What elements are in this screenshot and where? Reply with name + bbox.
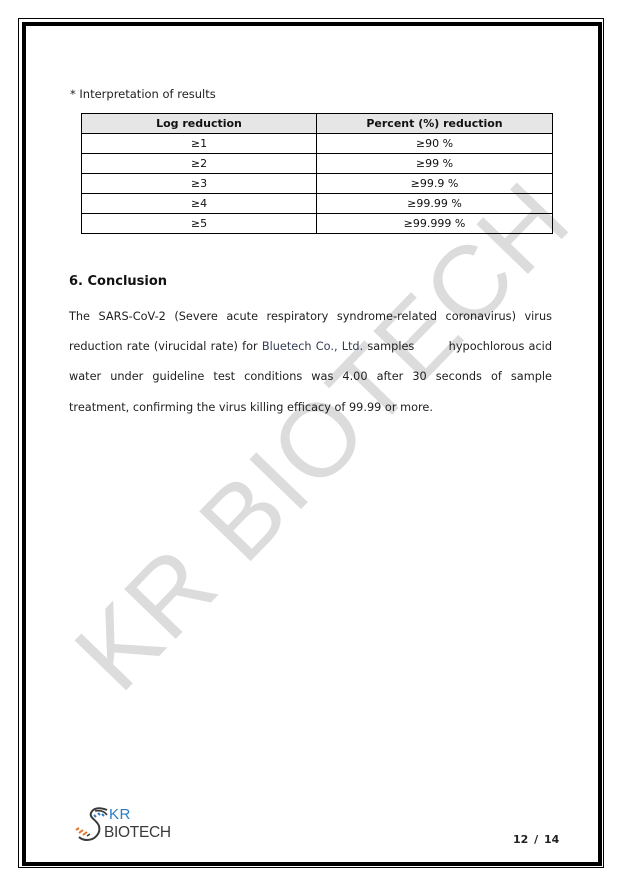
table-row: ≥3 ≥99.9 %	[82, 174, 553, 194]
percent-reduction-cell: ≥99.999 %	[317, 214, 553, 234]
section-heading-conclusion: 6. Conclusion	[69, 274, 167, 289]
log-reduction-cell: ≥5	[82, 214, 317, 234]
interpretation-table: Log reduction Percent (%) reduction ≥1 ≥…	[81, 113, 553, 234]
table-row: ≥5 ≥99.999 %	[82, 214, 553, 234]
log-reduction-cell: ≥2	[82, 154, 317, 174]
header-log-reduction: Log reduction	[82, 114, 317, 134]
interpretation-note: * Interpretation of results	[70, 87, 216, 101]
log-reduction-cell: ≥3	[82, 174, 317, 194]
table-row: ≥2 ≥99 %	[82, 154, 553, 174]
conclusion-text-part-2: samples	[363, 340, 414, 353]
logo-text-kr: KR	[109, 807, 131, 822]
table-row: ≥1 ≥90 %	[82, 134, 553, 154]
logo-text-biotech: BIOTECH	[104, 825, 171, 841]
header-percent-reduction: Percent (%) reduction	[317, 114, 553, 134]
table-row: ≥4 ≥99.99 %	[82, 194, 553, 214]
percent-reduction-cell: ≥99.99 %	[317, 194, 553, 214]
table-header-row: Log reduction Percent (%) reduction	[82, 114, 553, 134]
company-name: Bluetech Co., Ltd.	[262, 340, 363, 353]
percent-reduction-cell: ≥90 %	[317, 134, 553, 154]
kr-biotech-logo: KR BIOTECH	[73, 806, 173, 846]
log-reduction-cell: ≥1	[82, 134, 317, 154]
page-number: 12 / 14	[513, 833, 559, 846]
page-content: * Interpretation of results Log reductio…	[0, 0, 623, 885]
log-reduction-cell: ≥4	[82, 194, 317, 214]
conclusion-paragraph: The SARS-CoV-2 (Severe acute respiratory…	[69, 302, 552, 423]
percent-reduction-cell: ≥99.9 %	[317, 174, 553, 194]
percent-reduction-cell: ≥99 %	[317, 154, 553, 174]
